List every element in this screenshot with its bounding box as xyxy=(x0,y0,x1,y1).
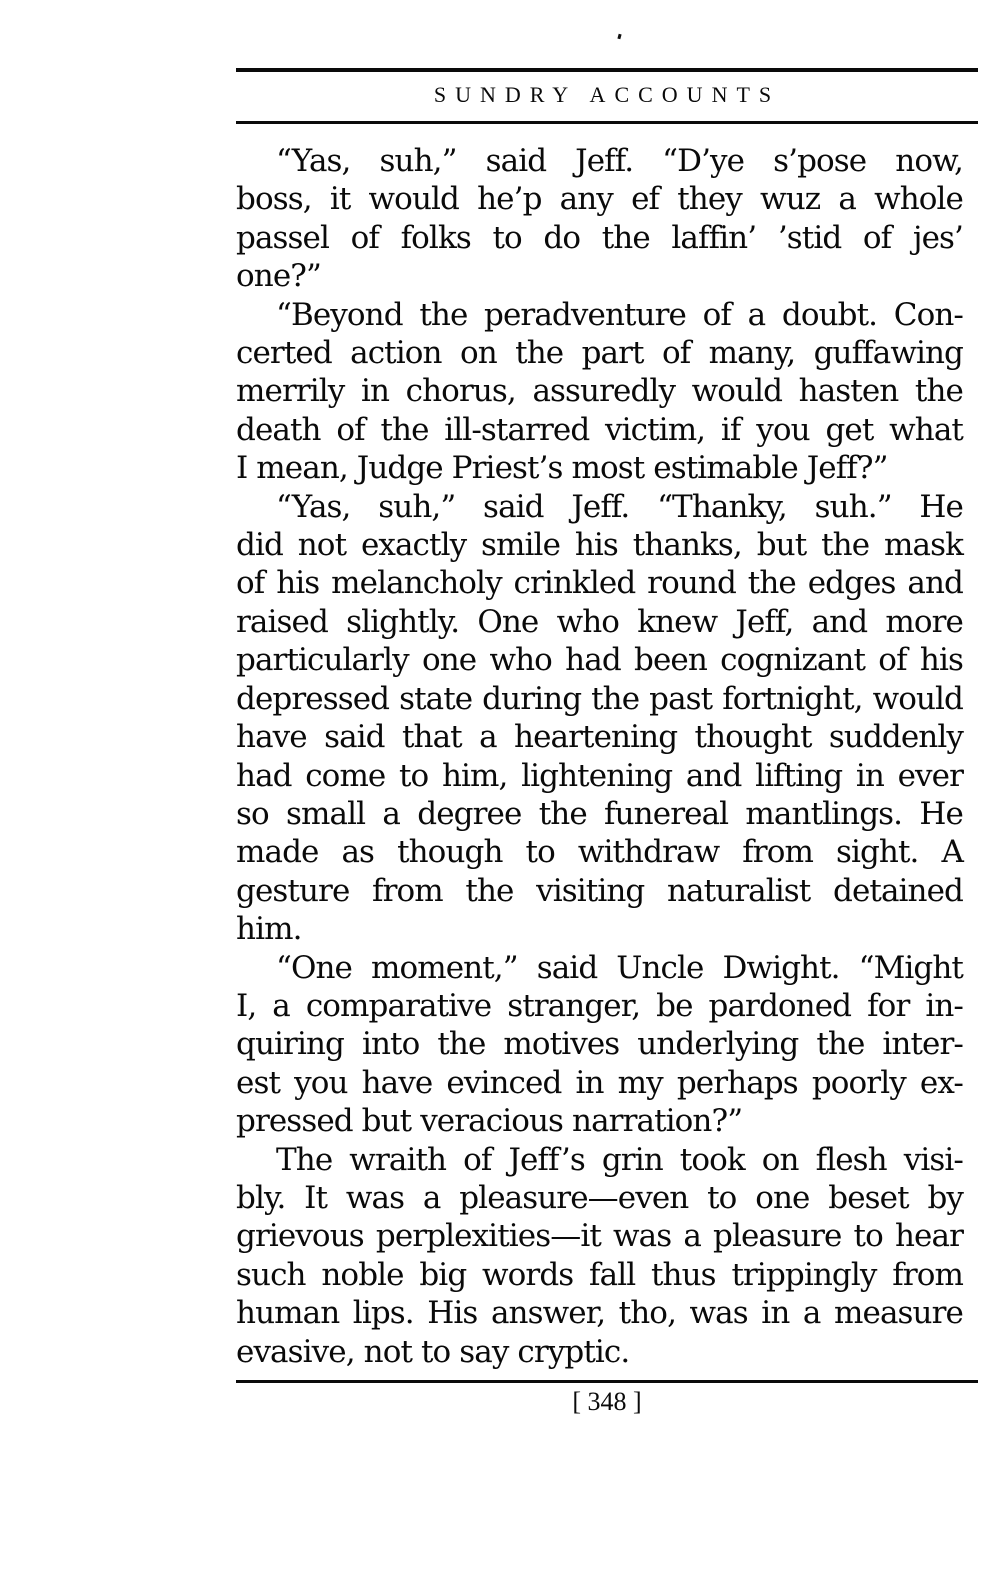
text-line: “Yas, suh,” said Jeff. “Thanky, suh.” He xyxy=(236,488,963,526)
text-line: pressed but veracious narration?” xyxy=(236,1102,963,1140)
text-line: “One moment,” said Uncle Dwight. “Might xyxy=(236,949,963,987)
text-line: merrily in chorus, assuredly would haste… xyxy=(236,372,963,410)
text-line: one?” xyxy=(236,257,963,295)
running-head: SUNDRY ACCOUNTS xyxy=(236,80,978,110)
text-line: I mean, Judge Priest’s most estimable Je… xyxy=(236,449,963,487)
text-line: of his melancholy crinkled round the edg… xyxy=(236,564,963,602)
text-line: did not exactly smile his thanks, but th… xyxy=(236,526,963,564)
text-line: The wraith of Jeff’s grin took on flesh … xyxy=(236,1141,963,1179)
text-line: certed action on the part of many, guffa… xyxy=(236,334,963,372)
text-line: evasive, not to say cryptic. xyxy=(236,1333,963,1371)
header-rule-top xyxy=(236,68,978,72)
print-speck xyxy=(617,34,621,40)
text-line: boss, it would he’p any ef they wuz a wh… xyxy=(236,180,963,218)
text-line: depressed state during the past fortnigh… xyxy=(236,680,963,718)
text-line: passel of folks to do the laffin’ ’stid … xyxy=(236,219,963,257)
text-line: have said that a heartening thought sudd… xyxy=(236,718,963,756)
paragraph-5: The wraith of Jeff’s grin took on flesh … xyxy=(236,1141,963,1371)
text-line: grievous perplexities—it was a pleasure … xyxy=(236,1217,963,1255)
footer-rule xyxy=(236,1380,978,1383)
text-line: est you have evinced in my perhaps poorl… xyxy=(236,1064,963,1102)
paragraph-4: “One moment,” said Uncle Dwight. “Might … xyxy=(236,949,963,1141)
text-line: particularly one who had been cognizant … xyxy=(236,641,963,679)
text-line: gesture from the visiting naturalist det… xyxy=(236,872,963,910)
body-text: “Yas, suh,” said Jeff. “D’ye s’pose now,… xyxy=(236,142,963,1371)
text-line: had come to him, lightening and lifting … xyxy=(236,757,963,795)
text-line: quiring into the motives underlying the … xyxy=(236,1025,963,1063)
book-page: SUNDRY ACCOUNTS “Yas, suh,” said Jeff. “… xyxy=(0,0,1000,1587)
text-line: made as though to withdraw from sight. A xyxy=(236,833,963,871)
text-line: human lips. His answer, tho, was in a me… xyxy=(236,1294,963,1332)
text-line: raised slightly. One who knew Jeff, and … xyxy=(236,603,963,641)
text-line: bly. It was a pleasure—even to one beset… xyxy=(236,1179,963,1217)
text-line: “Yas, suh,” said Jeff. “D’ye s’pose now, xyxy=(236,142,963,180)
paragraph-3: “Yas, suh,” said Jeff. “Thanky, suh.” He… xyxy=(236,488,963,949)
text-line: him. xyxy=(236,910,963,948)
paragraph-1: “Yas, suh,” said Jeff. “D’ye s’pose now,… xyxy=(236,142,963,296)
text-line: death of the ill-starred victim, if you … xyxy=(236,411,963,449)
text-line: such noble big words fall thus trippingl… xyxy=(236,1256,963,1294)
text-line: so small a degree the funereal mantlings… xyxy=(236,795,963,833)
text-line: “Beyond the peradventure of a doubt. Con… xyxy=(236,296,963,334)
page-number: [ 348 ] xyxy=(236,1386,978,1418)
paragraph-2: “Beyond the peradventure of a doubt. Con… xyxy=(236,296,963,488)
header-rule-bottom xyxy=(236,121,978,124)
text-line: I, a comparative stranger, be pardoned f… xyxy=(236,987,963,1025)
